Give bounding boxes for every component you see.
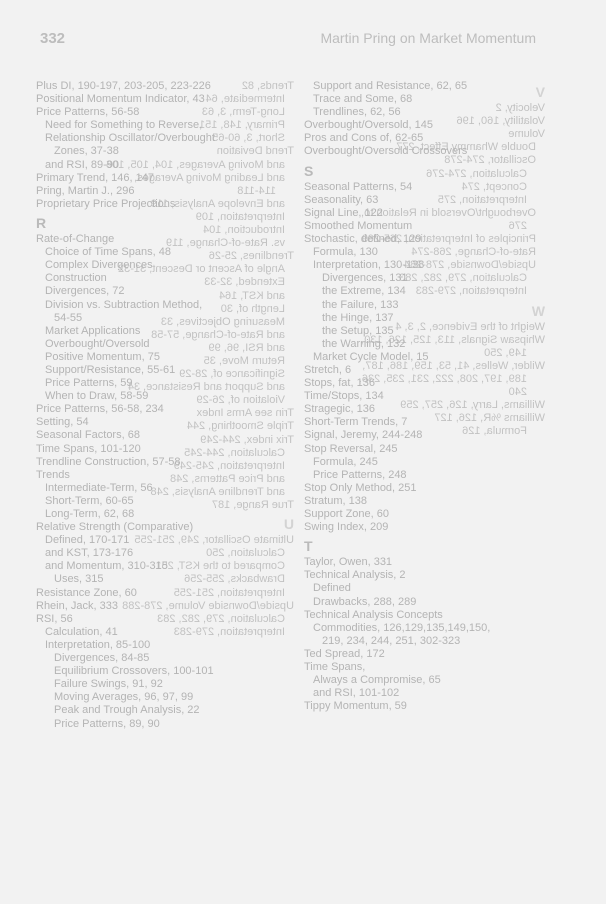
index-entry: the Warning, 132: [304, 338, 564, 351]
index-entry: Setting, 54: [36, 416, 286, 429]
index-entry: Peak and Trough Analysis, 22: [36, 704, 286, 717]
index-entry: and KST, 173-176: [36, 547, 286, 560]
index-entry: Stretch, 6: [304, 364, 564, 377]
index-entry: Time Spans,: [304, 661, 564, 674]
index-entry: Rate-of-Change: [36, 233, 286, 246]
index-entry: and RSI, 101-102: [304, 687, 564, 700]
index-entry: Relative Strength (Comparative): [36, 521, 286, 534]
index-entry: Seasonality, 63: [304, 194, 564, 207]
index-entry: Pring, Martin J., 296: [36, 185, 286, 198]
index-entry: the Extreme, 134: [304, 285, 564, 298]
index-entry: Trendline Construction, 57-58: [36, 456, 286, 469]
index-entry: Trendlines, 62, 56: [304, 106, 564, 119]
index-entry: Overbought/Oversold, 145: [304, 119, 564, 132]
index-entry: Smoothed Momentum: [304, 220, 564, 233]
index-entry: RSI, 56: [36, 613, 286, 626]
index-entry: Division vs. Subtraction Method,: [36, 299, 286, 312]
index-entry: Relationship Oscillator/Overbought: [36, 132, 286, 145]
index-entry: Market Applications: [36, 325, 286, 338]
index-column-right: Support and Resistance, 62, 65Trace and …: [304, 80, 564, 713]
index-entry: Stratum, 138: [304, 495, 564, 508]
index-entry: Formula, 130: [304, 246, 564, 259]
index-entry: Resistance Zone, 60: [36, 587, 286, 600]
index-entry: Tippy Momentum, 59: [304, 700, 564, 713]
page-header: 332 Martin Pring on Market Momentum: [40, 30, 536, 50]
index-entry: Support Zone, 60: [304, 508, 564, 521]
index-entry: and RSI, 89-90: [36, 159, 286, 172]
index-entry: Complex Divergences: [36, 259, 286, 272]
index-entry: Equilibrium Crossovers, 100-101: [36, 665, 286, 678]
index-entry: Support and Resistance, 62, 65: [304, 80, 564, 93]
index-entry: Uses, 315: [36, 573, 286, 586]
index-entry: Stops, fat, 136: [304, 377, 564, 390]
index-entry: Moving Averages, 96, 97, 99: [36, 691, 286, 704]
index-entry: Overbought/Oversold Crossovers: [304, 145, 564, 158]
index-entry: Intermediate-Term, 56: [36, 482, 286, 495]
index-entry: Technical Analysis Concepts: [304, 609, 564, 622]
running-title: Martin Pring on Market Momentum: [320, 30, 536, 46]
section-letter: S: [304, 165, 564, 178]
index-entry: Long-Term, 62, 68: [36, 508, 286, 521]
index-entry: Signal, Jeremy, 244-248: [304, 429, 564, 442]
index-entry: Choice of Time Spans, 48: [36, 246, 286, 259]
index-entry: Ted Spread, 172: [304, 648, 564, 661]
index-entry: Stop Reversal, 245: [304, 443, 564, 456]
index-entry: Need for Something to Reverse,: [36, 119, 286, 132]
index-entry: Trace and Some, 68: [304, 93, 564, 106]
index-entry: Trends: [36, 469, 286, 482]
index-entry: Technical Analysis, 2: [304, 569, 564, 582]
index-entry: Short-Term Trends, 7: [304, 416, 564, 429]
index-entry: Stragegic, 136: [304, 403, 564, 416]
index-entry: Calculation, 41: [36, 626, 286, 639]
index-entry: Swing Index, 209: [304, 521, 564, 534]
index-entry: Time/Stops, 134: [304, 390, 564, 403]
page-number: 332: [40, 30, 65, 47]
index-entry: Signal Line, 122: [304, 207, 564, 220]
index-entry: Commodities, 126,129,135,149,150,: [304, 622, 564, 635]
index-page: 332 Martin Pring on Market Momentum Tren…: [0, 0, 606, 904]
index-entry: Seasonal Patterns, 54: [304, 181, 564, 194]
section-letter: R: [36, 217, 286, 230]
index-entry: Positive Momentum, 75: [36, 351, 286, 364]
index-entry: Divergences, 131: [304, 272, 564, 285]
index-column-left: Plus DI, 190-197, 203-205, 223-226Positi…: [36, 80, 286, 731]
index-entry: Pros and Cons of, 62-65: [304, 132, 564, 145]
index-entry: Seasonal Factors, 68: [36, 429, 286, 442]
index-entry: Divergences, 72: [36, 285, 286, 298]
index-entry: 219, 234, 244, 251, 302-323: [304, 635, 564, 648]
index-entry: Price Patterns, 248: [304, 469, 564, 482]
section-letter: T: [304, 540, 564, 553]
index-entry: Zones, 37-38: [36, 145, 286, 158]
index-entry: the Setup, 135: [304, 325, 564, 338]
index-entry: Primary Trend, 146, 147: [36, 172, 286, 185]
index-entry: Price Patterns, 59: [36, 377, 286, 390]
index-entry: Interpretation, 130-138: [304, 259, 564, 272]
index-entry: Time Spans, 101-120: [36, 443, 286, 456]
index-entry: When to Draw, 58-59: [36, 390, 286, 403]
index-entry: Defined, 170-171: [36, 534, 286, 547]
index-entry: Positional Momentum Indicator, 43: [36, 93, 286, 106]
index-entry: Rhein, Jack, 333: [36, 600, 286, 613]
index-entry: and Momentum, 310-315: [36, 560, 286, 573]
index-entry: Price Patterns, 89, 90: [36, 718, 286, 731]
index-entry: Support/Resistance, 55-61: [36, 364, 286, 377]
index-entry: Market Cycle Model, 15: [304, 351, 564, 364]
index-entry: the Failure, 133: [304, 299, 564, 312]
index-entry: Short-Term, 60-65: [36, 495, 286, 508]
index-entry: Defined: [304, 582, 564, 595]
index-entry: Overbought/Oversold: [36, 338, 286, 351]
index-entry: Proprietary Price Projections: [36, 198, 286, 211]
index-entry: Stop Only Method, 251: [304, 482, 564, 495]
index-entry: Formula, 245: [304, 456, 564, 469]
index-entry: Taylor, Owen, 331: [304, 556, 564, 569]
index-entry: the Hinge, 137: [304, 312, 564, 325]
index-entry: Failure Swings, 91, 92: [36, 678, 286, 691]
index-entry: Always a Compromise, 65: [304, 674, 564, 687]
index-entry: Stochastic, defined, 129: [304, 233, 564, 246]
index-entry: Drawbacks, 288, 289: [304, 596, 564, 609]
index-entry: Plus DI, 190-197, 203-205, 223-226: [36, 80, 286, 93]
index-entry: Interpretation, 85-100: [36, 639, 286, 652]
index-entry: Price Patterns, 56-58: [36, 106, 286, 119]
index-entry: Construction: [36, 272, 286, 285]
index-entry: 54-55: [36, 312, 286, 325]
index-entry: Price Patterns, 56-58, 234: [36, 403, 286, 416]
index-entry: Divergences, 84-85: [36, 652, 286, 665]
